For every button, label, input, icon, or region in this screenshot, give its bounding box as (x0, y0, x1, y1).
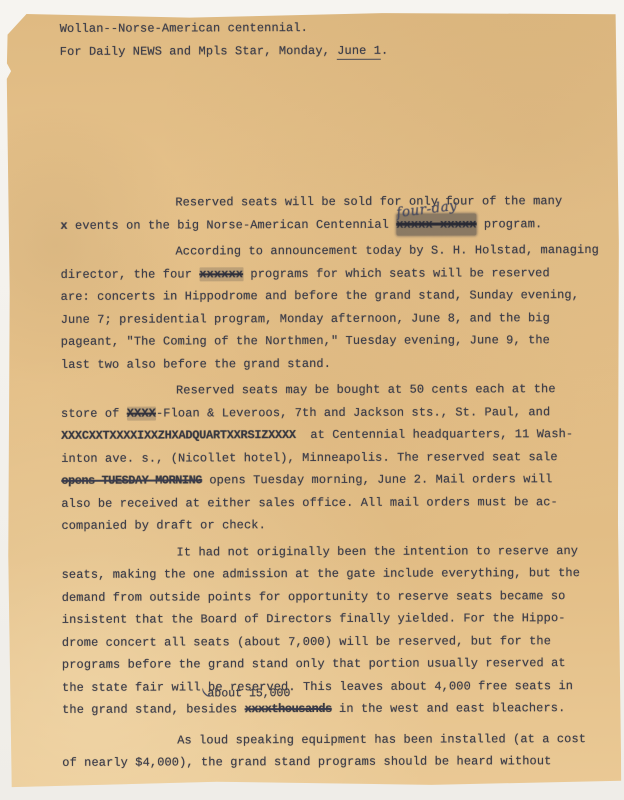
paragraph-line: last two also before the grand stand. (61, 351, 609, 375)
paragraph-line: drome concert all seats (about 7,000) wi… (62, 629, 610, 653)
struck-out-word: xxxxthousands (245, 702, 332, 716)
paragraph-line: insistent that the Board of Directors fi… (62, 607, 610, 631)
line-text: director, the four (61, 267, 200, 281)
line-text: programs for which seats will be reserve… (243, 266, 550, 281)
dateline-prefix: For Daily NEWS and Mpls Star, Monday, (60, 44, 338, 59)
page-text: Wollan--Norse-American centennial. For D… (60, 16, 611, 774)
paragraph-line: companied by draft or check. (61, 513, 609, 537)
overstruck-line: XXXCXXTXXXXIXXZHXADQUARTXXRSIZXXXX (61, 428, 296, 443)
body-block: Reserved seats will be sold for only fou… (60, 190, 610, 774)
paragraph-line: opens TUESDAY MORNING opens Tuesday morn… (61, 468, 609, 492)
paragraph-line: of nearly $4,000), the grand stand progr… (62, 750, 610, 774)
paragraph-line: director, the four xxxxxx programs for w… (61, 261, 609, 285)
line-text: opens Tuesday morning, June 2. Mail orde… (202, 472, 553, 487)
insertion-text: about 15,000 (208, 687, 291, 700)
slug-line: Wollan--Norse-American centennial. (60, 16, 608, 41)
typed-insertion: (about 15,000 (202, 686, 290, 698)
header-block: Wollan--Norse-American centennial. For D… (60, 16, 608, 64)
paragraph-2: According to announcement today by S. H.… (60, 239, 608, 376)
paragraph-5: As loud speaking equipment has been inst… (62, 727, 610, 774)
paragraph-line: pageant, "The Coming of the Northmen," T… (61, 329, 609, 353)
paragraph-1: Reserved seats will be sold for only fou… (60, 190, 608, 237)
paragraph-line: According to announcement today by S. H.… (60, 239, 608, 263)
line-text: the grand stand, besides (62, 702, 245, 717)
paragraph-line: the grand stand, besides xxxxthousands i… (62, 697, 610, 721)
paragraph-line: store of XXXX-Floan & Leveroos, 7th and … (61, 400, 609, 424)
paragraph-line: It had not originally been the intention… (61, 539, 609, 563)
paragraph-line: Reserved seats may be bought at 50 cents… (61, 378, 609, 402)
paragraph-line: As loud speaking equipment has been inst… (62, 727, 610, 751)
paragraph-line: XXXCXXTXXXXIXXZHXADQUARTXXRSIZXXXX at Ce… (61, 423, 609, 447)
dateline: For Daily NEWS and Mpls Star, Monday, Ju… (60, 39, 608, 64)
paragraph-line: programs before the grand stand only tha… (62, 652, 610, 676)
paragraph-line: June 7; presidential program, Monday aft… (61, 306, 609, 330)
line-text: in the west and east bleachers. (332, 701, 566, 716)
paragraph-line: seats, making the one admission at the g… (62, 562, 610, 586)
paragraph-line: inton ave. s., (Nicollet hotel), Minneap… (61, 445, 609, 469)
struck-out-word: xxxxx-xxxxxfour-day (396, 213, 476, 236)
paragraph-line: are: concerts in Hippodrome and before t… (61, 284, 609, 308)
line-text: store of (61, 406, 127, 420)
struck-out-word: xxxxxx (199, 267, 243, 281)
struck-out-word: XXXX (127, 406, 156, 420)
paragraph-4: It had not originally been the intention… (61, 539, 610, 721)
dateline-period: . (381, 44, 388, 58)
scan-background: Wollan--Norse-American centennial. For D… (0, 0, 624, 800)
line-text: at Centennial headquarters, 11 Wash- (296, 427, 574, 442)
paragraph-3: Reserved seats may be bought at 50 cents… (61, 378, 610, 537)
struck-out-phrase: opens TUESDAY MORNING (61, 473, 202, 487)
overtyped-char: x (60, 218, 67, 232)
line-text: -Floan & Leveroos, 7th and Jackson sts.,… (156, 405, 550, 420)
paragraph-line: demand from outside points for opportuni… (62, 584, 610, 608)
paragraph-line: Reserved seats will be sold for only fou… (60, 190, 608, 214)
paragraph-line: the state fair will be reserved. This le… (62, 674, 610, 698)
paragraph-line: also be received at either sales office.… (61, 490, 609, 514)
paragraph-line: x events on the big Norse-American Cente… (60, 212, 608, 236)
line-text: events on the big Norse-American Centenn… (68, 217, 397, 232)
underlined-date: June 1 (337, 44, 381, 60)
line-text: program. (477, 217, 543, 231)
typewritten-page: Wollan--Norse-American centennial. For D… (6, 10, 622, 789)
